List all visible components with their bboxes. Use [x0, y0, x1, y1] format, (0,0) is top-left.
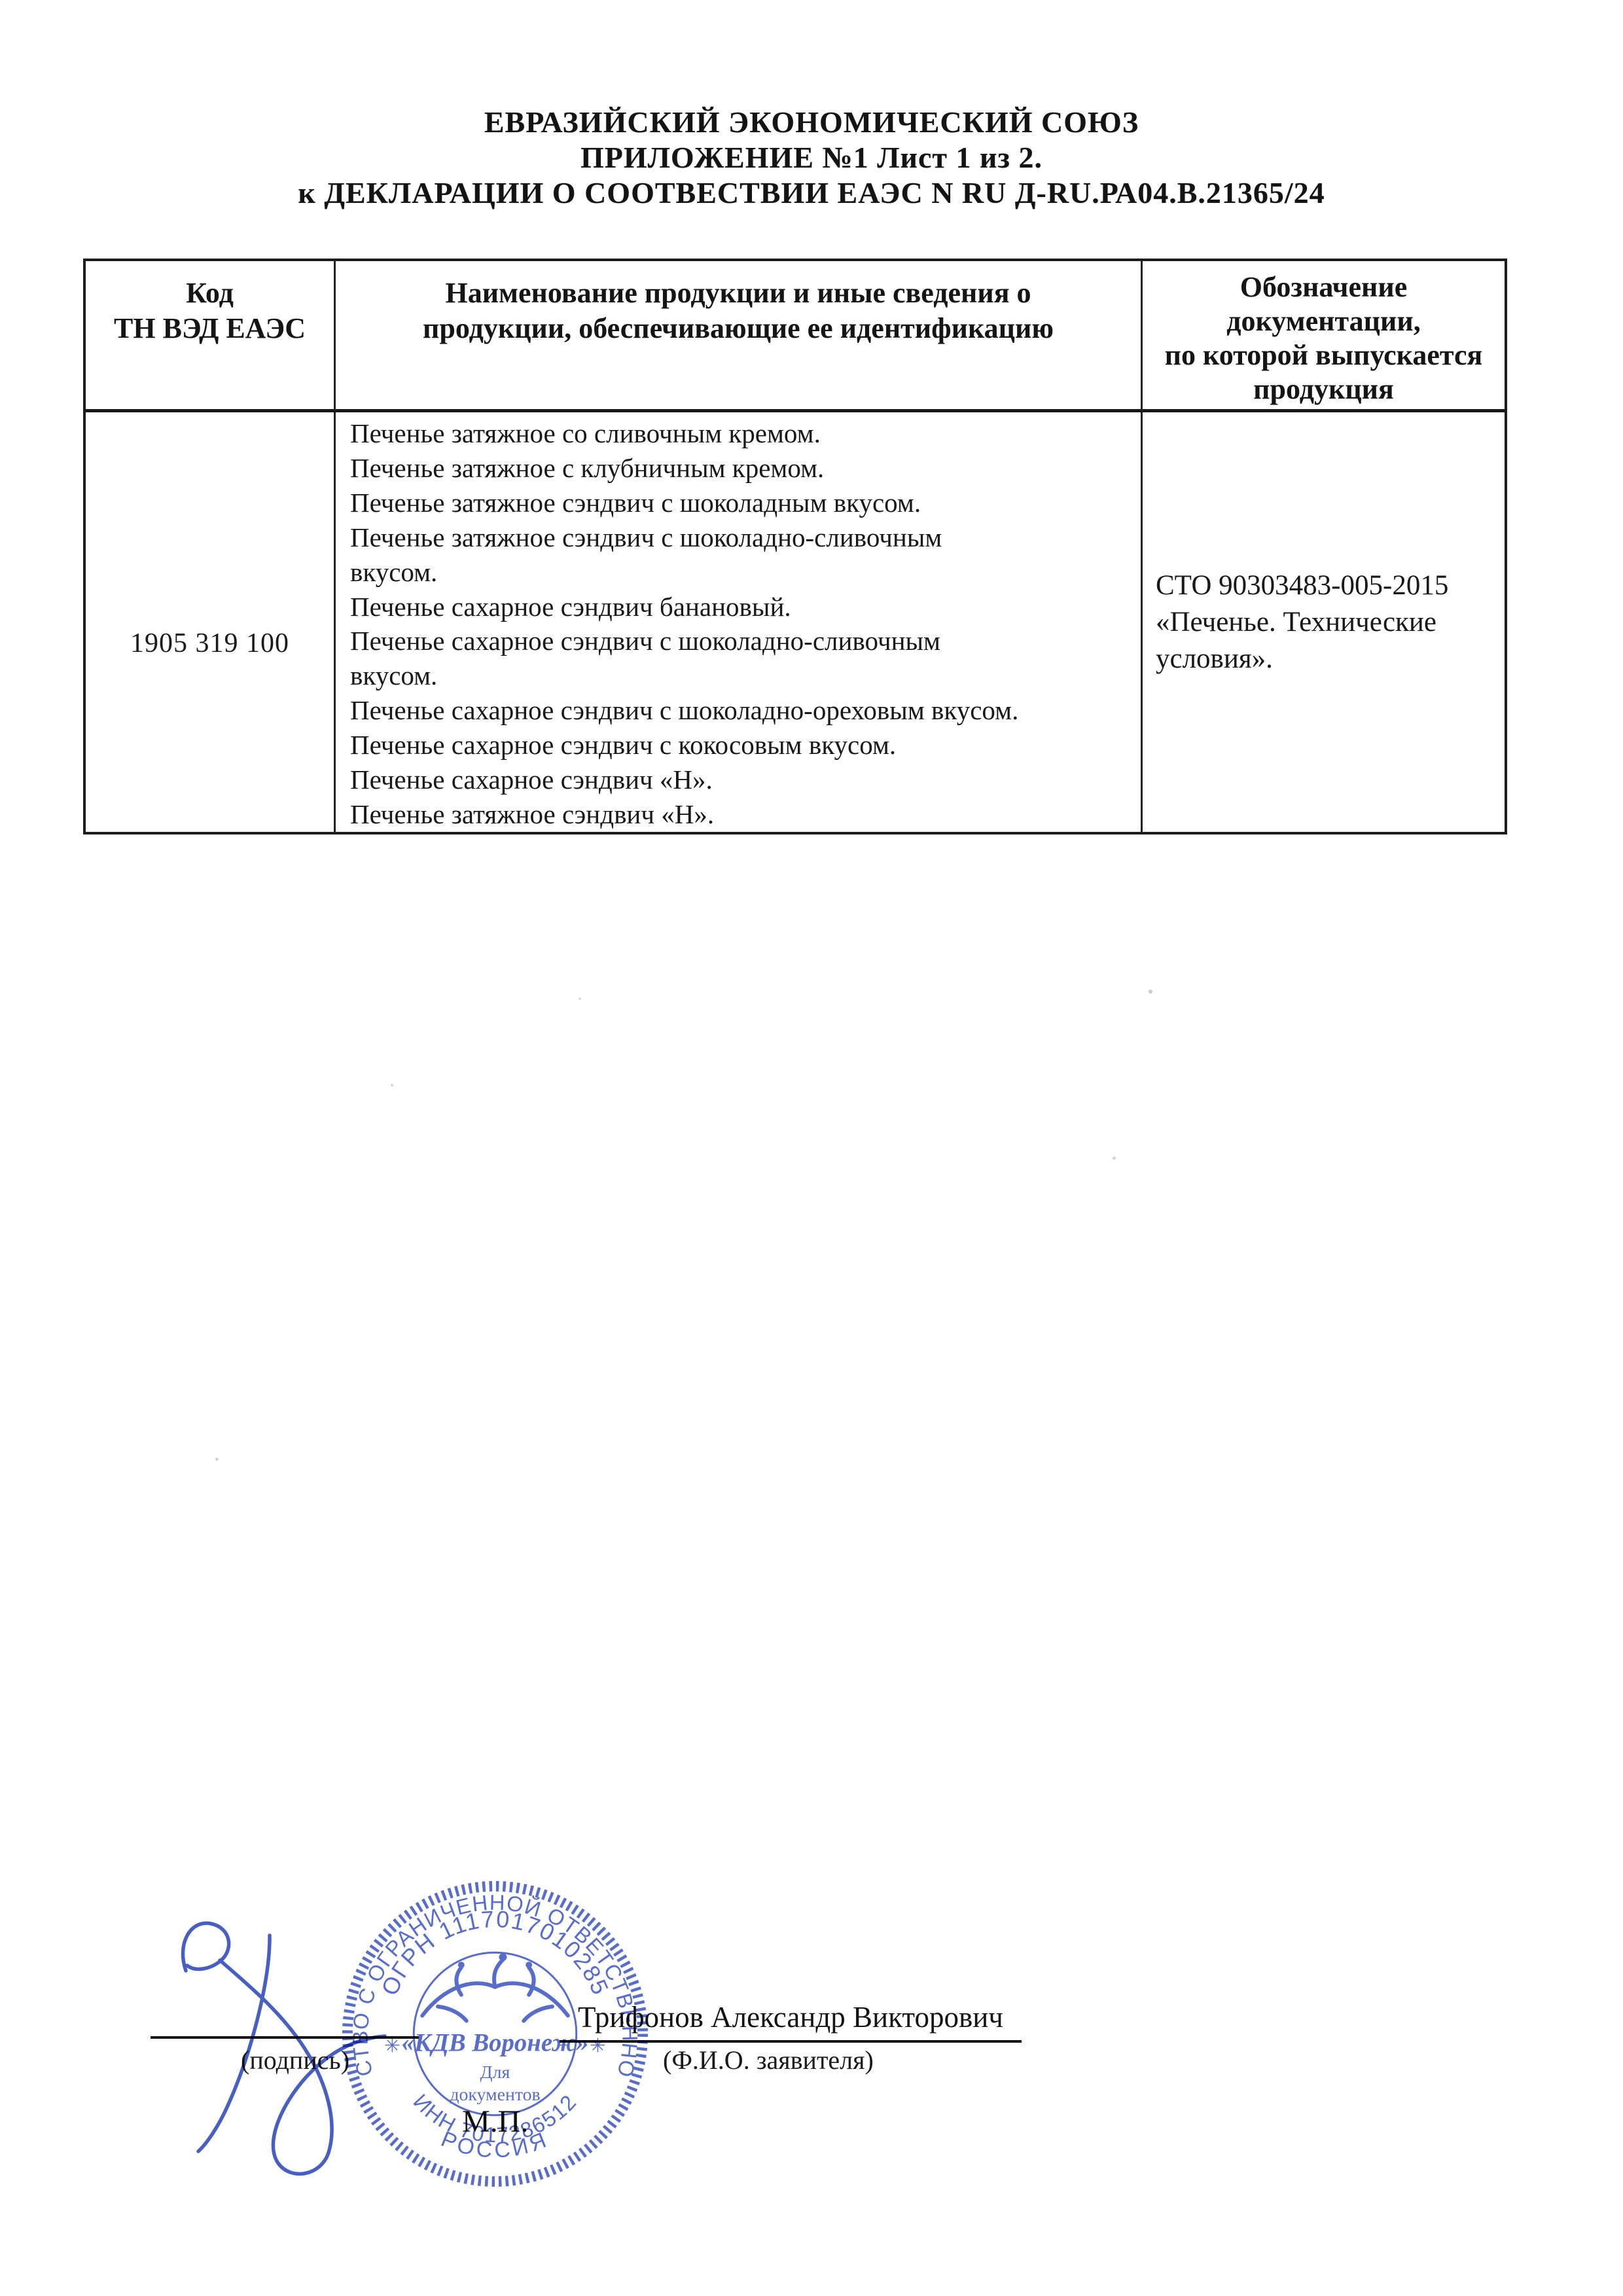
scan-speck — [1113, 1157, 1116, 1160]
floral-ornament-icon — [422, 1953, 568, 2020]
column-header-code: Код ТН ВЭД ЕАЭС — [86, 261, 336, 412]
stamp-purpose-line: документов — [450, 2085, 540, 2105]
stamp-company-name: «КДВ Воронеж» — [402, 2028, 589, 2056]
cell-product-list: Печенье затяжное со сливочным кремом. Пе… — [336, 412, 1143, 832]
header-doc-line: Обозначение — [1143, 270, 1505, 304]
cell-tnved-code: 1905 319 100 — [86, 412, 336, 832]
header-doc-line: документации, — [1143, 304, 1505, 338]
scan-speck — [579, 997, 581, 1000]
doc-standard-line: СТО 90303483-005-2015 — [1156, 567, 1505, 604]
product-line: Печенье сахарное сэндвич банановый. — [350, 590, 1141, 624]
scan-speck — [391, 1084, 393, 1086]
header-annex-title: ПРИЛОЖЕНИЕ №1 Лист 1 из 2. — [0, 140, 1623, 175]
stamp-asterisk-icon: ✳ — [590, 2035, 606, 2056]
header-code-line: ТН ВЭД ЕАЭС — [86, 311, 334, 346]
header-doc-line: по которой выпускается — [1143, 338, 1505, 372]
stamp-purpose-line: Для — [480, 2062, 510, 2083]
product-line: Печенье сахарное сэндвич с шоколадно-сли… — [350, 624, 1141, 658]
product-line: Печенье сахарное сэндвич «Н». — [350, 762, 1141, 797]
product-line: Печенье затяжное со сливочным кремом. — [350, 416, 1141, 451]
product-line: Печенье затяжное сэндвич «Н». — [350, 797, 1141, 832]
scan-speck — [1149, 990, 1152, 994]
header-doc-line: продукция — [1143, 372, 1505, 406]
header-product-line: Наименование продукции и иные сведения о — [336, 276, 1141, 311]
header-code-line: Код — [86, 276, 334, 311]
tnved-code-value: 1905 319 100 — [130, 628, 289, 659]
products-table: Код ТН ВЭД ЕАЭС Наименование продукции и… — [83, 259, 1507, 834]
doc-standard-line: условия». — [1156, 641, 1505, 677]
product-line: Печенье затяжное с клубничным кремом. — [350, 451, 1141, 486]
column-header-documentation: Обозначение документации, по которой вып… — [1143, 261, 1505, 412]
scanned-declaration-page: ЕВРАЗИЙСКИЙ ЭКОНОМИЧЕСКИЙ СОЮЗ ПРИЛОЖЕНИ… — [0, 0, 1623, 2296]
applicant-caption: (Ф.И.О. заявителя) — [663, 2045, 874, 2075]
product-line: Печенье сахарное сэндвич с шоколадно-оре… — [350, 693, 1141, 728]
stamp-asterisk-icon: ✳ — [384, 2035, 401, 2056]
product-line: вкусом. — [350, 555, 1141, 590]
scan-speck — [215, 1458, 219, 1461]
product-line: вкусом. — [350, 658, 1141, 693]
header-declaration-number: к ДЕКЛАРАЦИИ О СООТВЕСТВИИ ЕАЭС N RU Д-R… — [0, 175, 1623, 211]
document-header: ЕВРАЗИЙСКИЙ ЭКОНОМИЧЕСКИЙ СОЮЗ ПРИЛОЖЕНИ… — [0, 105, 1623, 211]
doc-standard-line: «Печенье. Технические — [1156, 604, 1505, 641]
product-line: Печенье сахарное сэндвич с кокосовым вку… — [350, 728, 1141, 762]
company-stamp: ОБЩЕСТВО С ОГРАНИЧЕННОЙ ОТВЕТСТВЕННОСТЬЮ… — [339, 1878, 651, 2190]
product-line: Печенье затяжное сэндвич с шоколадным вк… — [350, 486, 1141, 520]
header-product-line: продукции, обеспечивающие ее идентификац… — [336, 311, 1141, 346]
cell-documentation: СТО 90303483-005-2015 «Печенье. Техничес… — [1143, 412, 1505, 832]
column-header-product-name: Наименование продукции и иные сведения о… — [336, 261, 1143, 412]
header-union-title: ЕВРАЗИЙСКИЙ ЭКОНОМИЧЕСКИЙ СОЮЗ — [0, 105, 1623, 140]
product-line: Печенье затяжное сэндвич с шоколадно-сли… — [350, 520, 1141, 555]
